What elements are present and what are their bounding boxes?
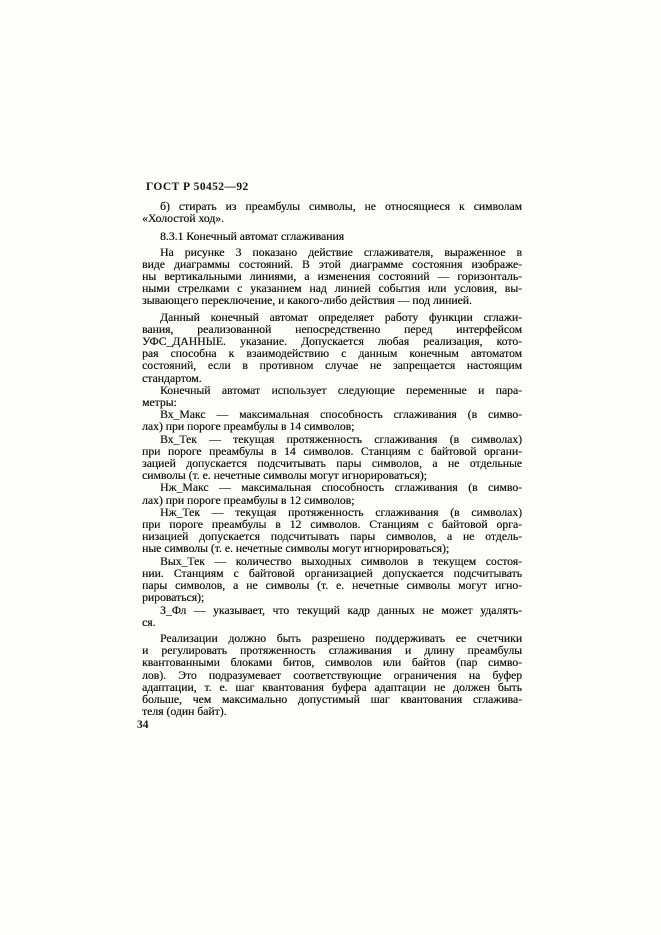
document-header: ГОСТ Р 50452—92 bbox=[146, 181, 249, 193]
text-line: Нж_Макс — максимальная способность сглаж… bbox=[142, 482, 522, 494]
text-line: ные символы (т. е. нечетные символы могу… bbox=[142, 543, 522, 555]
text-line: зывающего переключение, и какого-либо де… bbox=[142, 295, 522, 307]
definition-vh-maks: Вх_Макс — максимальная способность сглаж… bbox=[142, 409, 522, 433]
text-line: 8.3.1 Конечный автомат сглаживания bbox=[142, 231, 522, 243]
definition-vh-tek: Вх_Тек — текущая протяженность сглаживан… bbox=[142, 434, 522, 483]
definition-vyh-tek: Вых_Тек — количество выходных символов в… bbox=[142, 556, 522, 605]
text-line: состояний, если в противном случае не за… bbox=[142, 360, 522, 372]
text-line: З_Фл — указывает, что текущий кадр данны… bbox=[142, 605, 522, 617]
text-line: лов). Это подразумевает соответствующие … bbox=[142, 670, 522, 682]
text-line: лах) при пороге преамбулы в 14 символов; bbox=[142, 421, 522, 433]
definition-nzh-tek: Нж_Тек — текущая протяженность сглаживан… bbox=[142, 507, 522, 556]
text-line: стандартом. bbox=[142, 373, 522, 385]
section-heading-8-3-1: 8.3.1 Конечный автомат сглаживания bbox=[142, 231, 522, 243]
document-page: ГОСТ Р 50452—92 б) стирать из преамбулы … bbox=[0, 0, 661, 935]
definition-z-fl: З_Фл — указывает, что текущий кадр данны… bbox=[142, 605, 522, 629]
body-text-column: б) стирать из преамбулы символы, не отно… bbox=[142, 201, 522, 718]
paragraph-item-b: б) стирать из преамбулы символы, не отно… bbox=[142, 201, 522, 225]
text-line: теля (один байт). bbox=[142, 706, 522, 718]
text-line: квантованными блоками битов, символов ил… bbox=[142, 657, 522, 669]
paragraph-variables-intro: Конечный автомат использует следующие пе… bbox=[142, 385, 522, 409]
text-line: ся. bbox=[142, 617, 522, 629]
text-line: Данный конечный автомат определяет работ… bbox=[142, 312, 522, 324]
page-number: 34 bbox=[137, 719, 149, 731]
paragraph-automaton-role: Данный конечный автомат определяет работ… bbox=[142, 312, 522, 385]
paragraph-implementation: Реализации должно быть разрешено поддерж… bbox=[142, 633, 522, 718]
text-line: На рисунке 3 показано действие сглаживат… bbox=[142, 247, 522, 259]
text-line: Конечный автомат использует следующие пе… bbox=[142, 385, 522, 397]
text-line: рироваться); bbox=[142, 592, 522, 604]
paragraph-figure-description: На рисунке 3 показано действие сглаживат… bbox=[142, 247, 522, 308]
definition-nzh-maks: Нж_Макс — максимальная способность сглаж… bbox=[142, 482, 522, 506]
text-line: «Холостой ход». bbox=[142, 213, 522, 225]
